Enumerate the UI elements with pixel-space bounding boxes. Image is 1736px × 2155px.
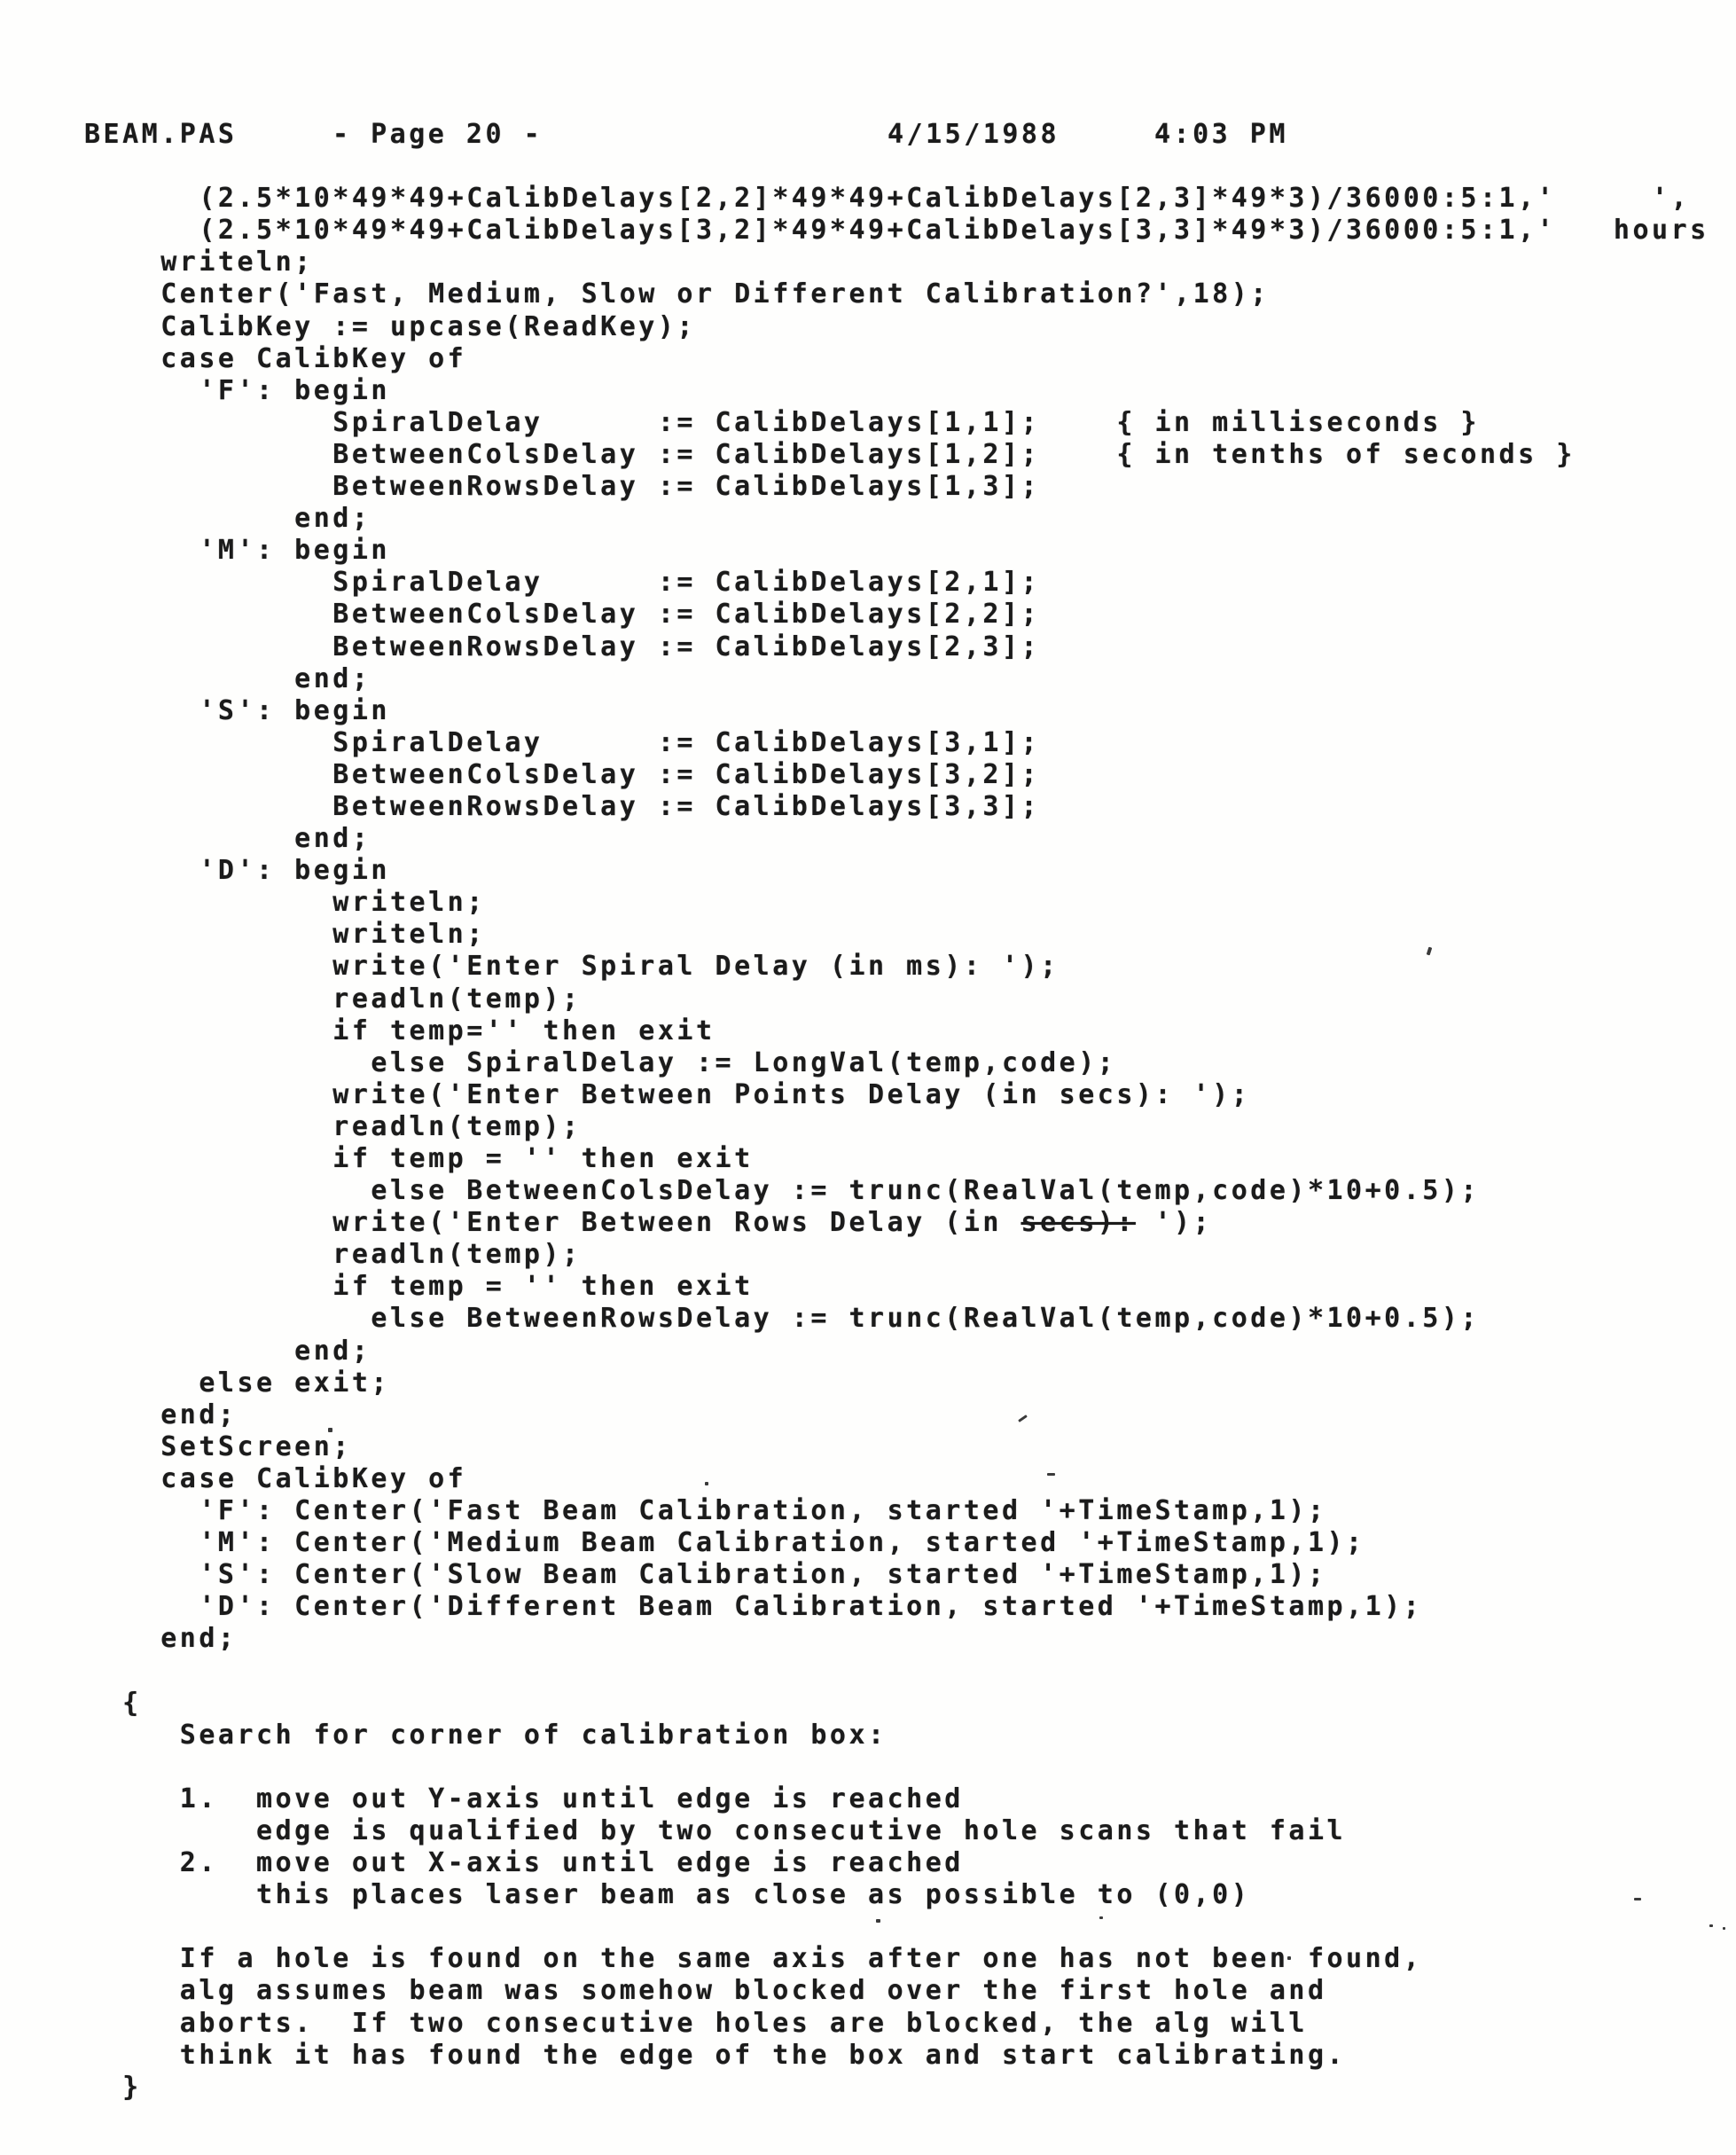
- scan-artifact: [876, 1919, 880, 1923]
- printout-page: BEAM.PAS - Page 20 - 4/15/1988 4:03 PM (…: [0, 0, 1736, 2155]
- code-line: SpiralDelay := CalibDelays[2,1];: [84, 567, 1736, 599]
- code-line: else exit;: [84, 1367, 1736, 1399]
- code-line: (2.5*10*49*49+CalibDelays[3,2]*49*49+Cal…: [84, 215, 1736, 247]
- code-line: 'F': Center('Fast Beam Calibration, star…: [84, 1495, 1736, 1527]
- code-line: writeln;: [84, 919, 1736, 951]
- code-line: }: [84, 2072, 1736, 2104]
- code-line: [84, 1911, 1736, 1943]
- page-number-label: - Page 20 -: [332, 119, 543, 151]
- code-line: Center('Fast, Medium, Slow or Different …: [84, 278, 1736, 310]
- code-line: 'F': begin: [84, 375, 1736, 407]
- code-line: BetweenColsDelay := CalibDelays[1,2]; { …: [84, 439, 1736, 471]
- text-column: BEAM.PAS - Page 20 - 4/15/1988 4:03 PM (…: [84, 119, 1736, 2104]
- code-line: 'D': Center('Different Beam Calibration,…: [84, 1591, 1736, 1623]
- code-line: 'S': begin: [84, 695, 1736, 727]
- code-line: if temp = '' then exit: [84, 1143, 1736, 1175]
- code-line: writeln;: [84, 247, 1736, 278]
- filename: BEAM.PAS: [84, 119, 238, 151]
- code-line: BetweenRowsDelay := CalibDelays[2,3];: [84, 631, 1736, 663]
- code-line: [84, 151, 1736, 183]
- code-line: end;: [84, 663, 1736, 695]
- code-line: 1. move out Y-axis until edge is reached: [84, 1783, 1736, 1815]
- code-line: readln(temp);: [84, 983, 1736, 1015]
- code-line: end;: [84, 503, 1736, 535]
- code-line: case CalibKey of: [84, 343, 1736, 375]
- page-header: BEAM.PAS - Page 20 - 4/15/1988 4:03 PM: [84, 119, 1736, 151]
- scan-artifact: [1099, 1916, 1103, 1919]
- code-line: [84, 1751, 1736, 1783]
- code-line: BetweenRowsDelay := CalibDelays[1,3];: [84, 471, 1736, 503]
- code-line: write('Enter Between Points Delay (in se…: [84, 1079, 1736, 1111]
- code-line: edge is qualified by two consecutive hol…: [84, 1815, 1736, 1847]
- code-line: 'M': begin: [84, 535, 1736, 567]
- code-line: if temp = '' then exit: [84, 1271, 1736, 1303]
- code-line: 2. move out X-axis until edge is reached: [84, 1847, 1736, 1879]
- code-line: 'D': begin: [84, 855, 1736, 887]
- scan-artifact: [1287, 1956, 1291, 1960]
- code-line: end;: [84, 823, 1736, 855]
- print-time: 4:03 PM: [1154, 119, 1288, 151]
- code-line: 'M': Center('Medium Beam Calibration, st…: [84, 1527, 1736, 1559]
- scan-artifact: [328, 1428, 332, 1432]
- code-line: if temp='' then exit: [84, 1015, 1736, 1047]
- scan-artifact: [1634, 1898, 1641, 1900]
- code-line: aborts. If two consecutive holes are blo…: [84, 2008, 1736, 2040]
- scan-artifact: [1047, 1473, 1055, 1476]
- code-line: BetweenColsDelay := CalibDelays[2,2];: [84, 599, 1736, 631]
- code-line: end;: [84, 1399, 1736, 1431]
- code-line: else BetweenRowsDelay := trunc(RealVal(t…: [84, 1303, 1736, 1335]
- code-line: Search for corner of calibration box:: [84, 1720, 1736, 1751]
- scan-artifact: [705, 1482, 708, 1485]
- print-date: 4/15/1988: [888, 119, 1060, 151]
- code-line: {: [84, 1688, 1736, 1720]
- code-line: [84, 1656, 1736, 1688]
- code-line: end;: [84, 1336, 1736, 1367]
- code-line: end;: [84, 1623, 1736, 1655]
- code-line: writeln;: [84, 887, 1736, 919]
- code-line: 'S': Center('Slow Beam Calibration, star…: [84, 1559, 1736, 1591]
- code-line: think it has found the edge of the box a…: [84, 2040, 1736, 2072]
- code-line: else SpiralDelay := LongVal(temp,code);: [84, 1047, 1736, 1079]
- code-line: alg assumes beam was somehow blocked ove…: [84, 1975, 1736, 2007]
- code-line: else BetweenColsDelay := trunc(RealVal(t…: [84, 1175, 1736, 1207]
- code-line: readln(temp);: [84, 1239, 1736, 1271]
- code-line: write('Enter Between Rows Delay (in secs…: [84, 1207, 1736, 1239]
- code-line: SpiralDelay := CalibDelays[1,1]; { in mi…: [84, 407, 1736, 439]
- code-line: write('Enter Spiral Delay (in ms): ');: [84, 951, 1736, 983]
- scan-artifact: [1709, 1924, 1713, 1927]
- code-line: this places laser beam as close as possi…: [84, 1879, 1736, 1911]
- code-line: SpiralDelay := CalibDelays[3,1];: [84, 727, 1736, 759]
- scan-artifact: [1723, 1927, 1725, 1930]
- code-line: If a hole is found on the same axis afte…: [84, 1943, 1736, 1975]
- code-line: BetweenColsDelay := CalibDelays[3,2];: [84, 759, 1736, 791]
- code-line: CalibKey := upcase(ReadKey);: [84, 311, 1736, 343]
- code-line: readln(temp);: [84, 1111, 1736, 1143]
- code-line: case CalibKey of: [84, 1463, 1736, 1495]
- code-line: (2.5*10*49*49+CalibDelays[2,2]*49*49+Cal…: [84, 183, 1736, 215]
- code-line: BetweenRowsDelay := CalibDelays[3,3];: [84, 791, 1736, 823]
- code-lines: (2.5*10*49*49+CalibDelays[2,2]*49*49+Cal…: [84, 151, 1736, 2104]
- code-line: SetScreen;: [84, 1431, 1736, 1463]
